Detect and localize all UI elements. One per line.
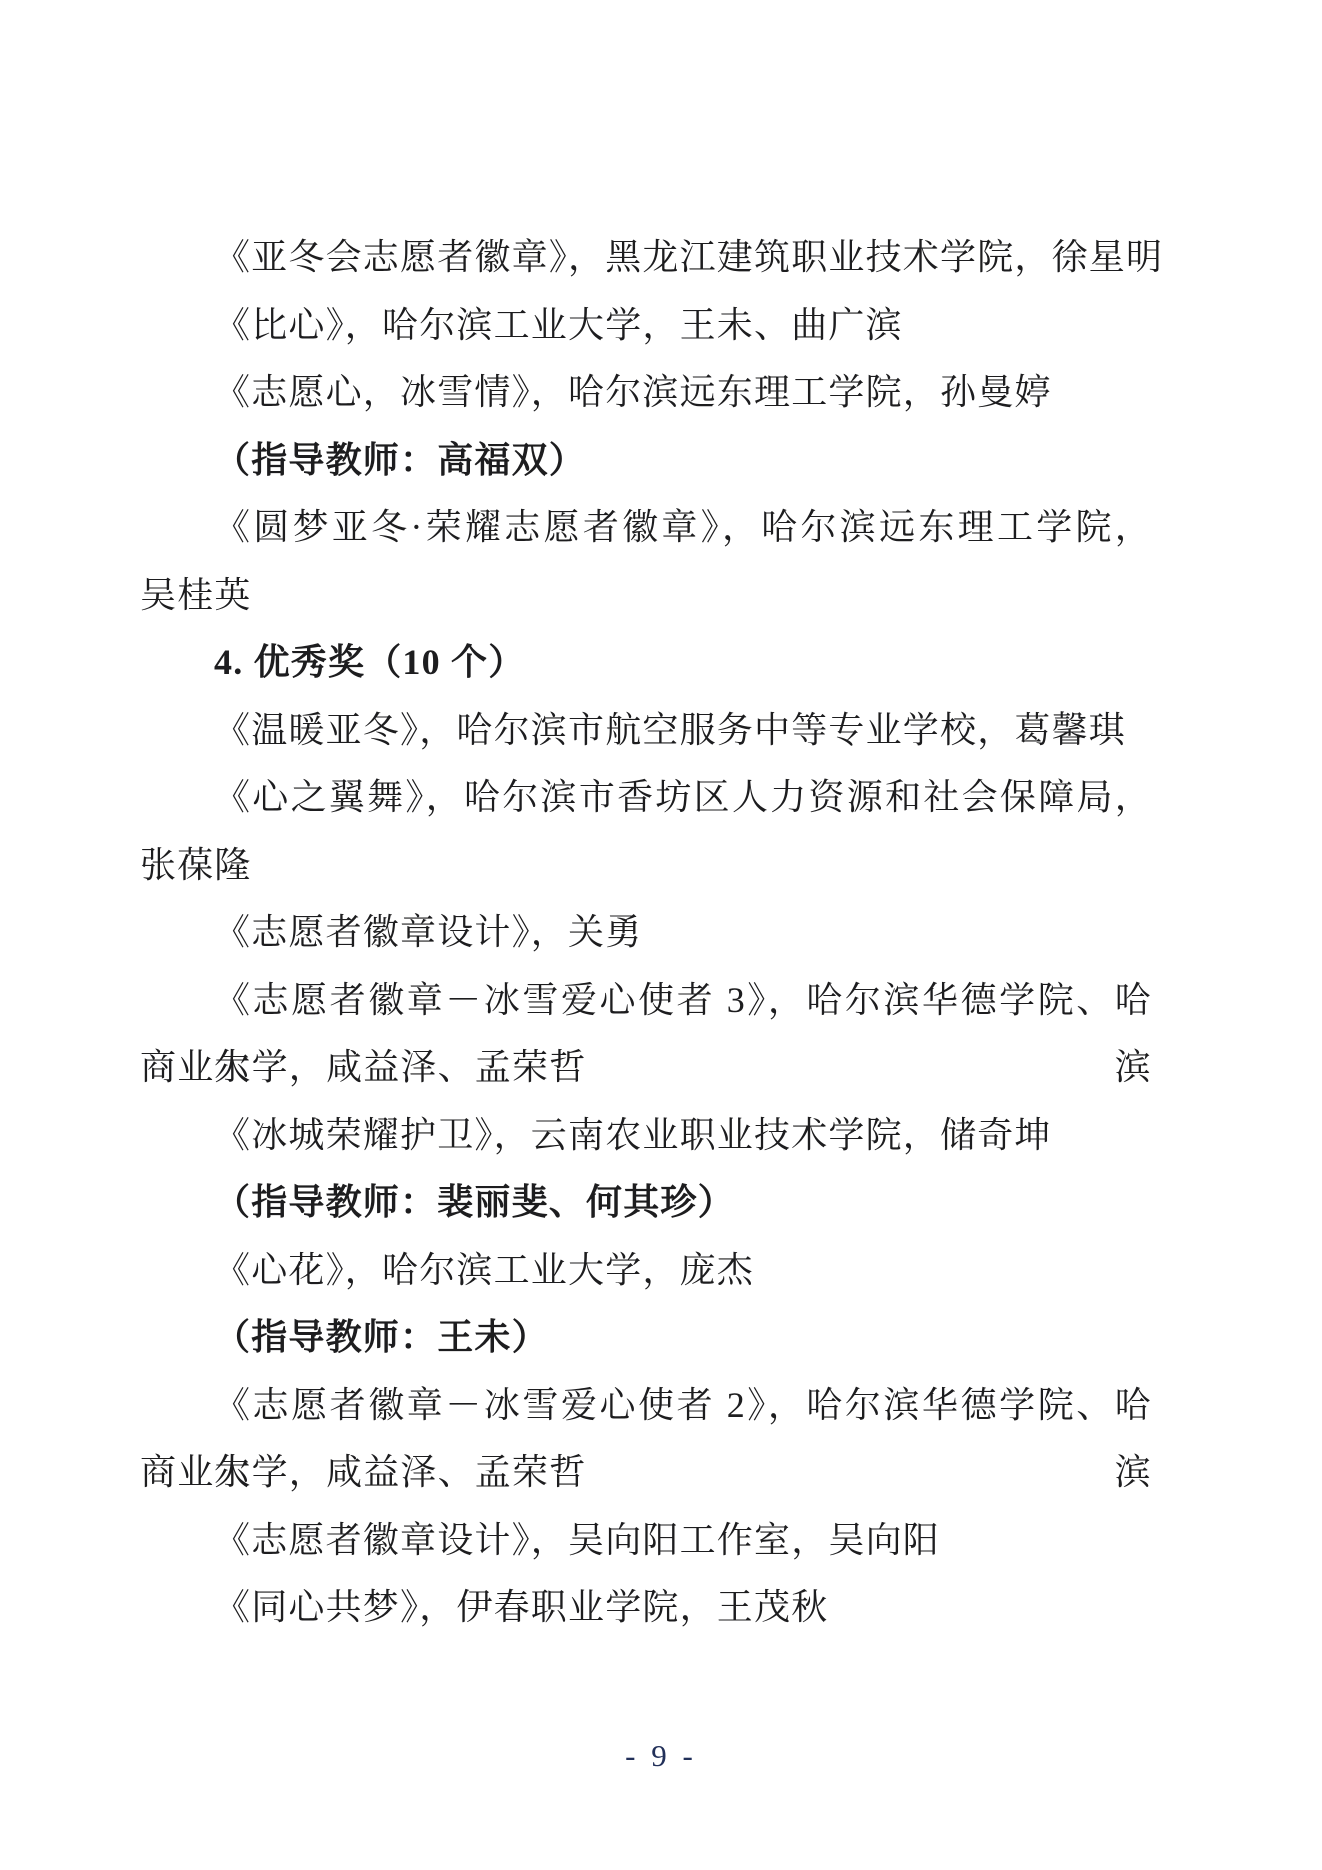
entry-line: 《同心共梦》，伊春职业学院，王茂秋	[140, 1574, 1152, 1642]
document-page: 《亚冬会志愿者徽章》，黑龙江建筑职业技术学院，徐星明《比心》，哈尔滨工业大学，王…	[0, 0, 1322, 1870]
entry-line: 《心花》，哈尔滨工业大学，庞杰	[140, 1237, 1152, 1305]
entry-line: 《心之翼舞》，哈尔滨市香坊区人力资源和社会保障局，	[140, 764, 1152, 832]
entry-line: 《志愿者徽章－冰雪爱心使者 2》，哈尔滨华德学院、哈尔滨	[140, 1372, 1152, 1440]
entry-line: 《比心》，哈尔滨工业大学，王未、曲广滨	[140, 292, 1152, 360]
page-number: - 9 -	[0, 1738, 1322, 1774]
entry-line: 《亚冬会志愿者徽章》，黑龙江建筑职业技术学院，徐星明	[140, 224, 1152, 292]
entry-continuation-line: 张葆隆	[140, 832, 1152, 900]
section-heading: 4. 优秀奖（10 个）	[140, 629, 1152, 697]
entry-line: 《冰城荣耀护卫》，云南农业职业技术学院，储奇坤	[140, 1102, 1152, 1170]
entry-continuation-line: 吴桂英	[140, 562, 1152, 630]
entry-line: 《志愿心，冰雪情》，哈尔滨远东理工学院，孙曼婷	[140, 359, 1152, 427]
instructor-note-line: （指导教师：王未）	[140, 1304, 1152, 1372]
entry-line: 《志愿者徽章设计》，关勇	[140, 899, 1152, 967]
entry-line: 《志愿者徽章－冰雪爱心使者 3》，哈尔滨华德学院、哈尔滨	[140, 967, 1152, 1035]
instructor-note-line: （指导教师：裴丽斐、何其珍）	[140, 1169, 1152, 1237]
entry-line: 《志愿者徽章设计》，吴向阳工作室，吴向阳	[140, 1507, 1152, 1575]
entry-line: 《圆梦亚冬·荣耀志愿者徽章》，哈尔滨远东理工学院，	[140, 494, 1152, 562]
instructor-note-line: （指导教师：高福双）	[140, 427, 1152, 495]
entry-line: 《温暖亚冬》，哈尔滨市航空服务中等专业学校，葛馨琪	[140, 697, 1152, 765]
document-body: 《亚冬会志愿者徽章》，黑龙江建筑职业技术学院，徐星明《比心》，哈尔滨工业大学，王…	[140, 224, 1152, 1642]
